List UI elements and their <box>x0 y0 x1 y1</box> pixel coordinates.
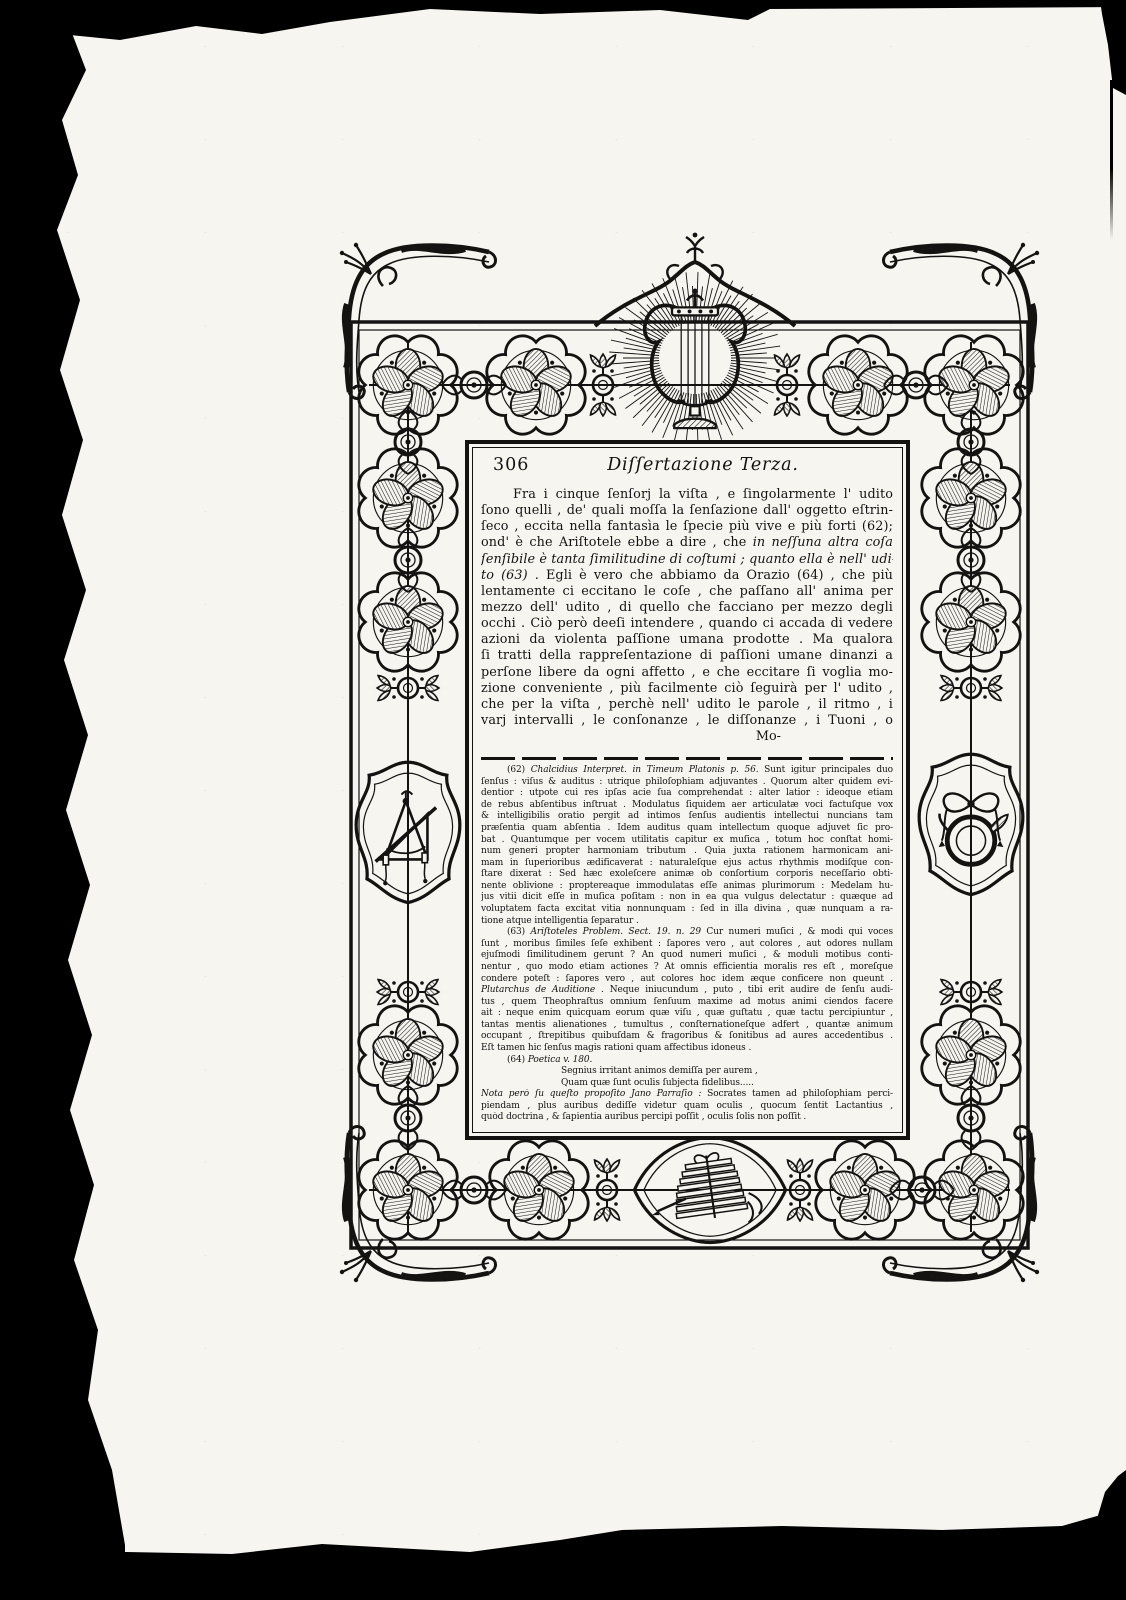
rosette-icon <box>487 336 585 434</box>
scan-edge-bottom <box>0 1508 1126 1600</box>
text-line: de rebus abſentibus inſtruat . Modulatus… <box>481 800 893 812</box>
text-line: ſtare dixerat : Sed hæc exoleſcere animæ… <box>481 869 893 881</box>
rosette-icon <box>809 336 907 434</box>
text-line: Eſt tamen hic ſenſus magis rationi quam … <box>481 1043 893 1055</box>
text-line: bat . Quantumque per vocem utilitatis ca… <box>481 835 893 847</box>
text-line: nente oblivione : proptereaque immodulat… <box>481 881 893 893</box>
text-line: piendam , plus auribus dediſſe videtur q… <box>481 1101 893 1113</box>
text-line: Quam quæ ſunt oculis ſubjecta fidelibus.… <box>481 1078 893 1090</box>
text-line: ſenſus : viſus & auditus : utrique philo… <box>481 777 893 789</box>
scan-edge-left <box>0 0 125 1600</box>
text-line: Segnius irritant animos demiſſa per aure… <box>481 1066 893 1078</box>
text-line: ſono quelli , de' quali moſſa la ſenſazi… <box>481 503 893 519</box>
text-panel-inner: 306 Diſſertazione Terza. Fra i cinque ſe… <box>472 447 903 1133</box>
scan-edge-top <box>0 0 1126 52</box>
rosette-icon <box>925 336 1023 434</box>
lyre-icon <box>645 289 746 429</box>
rosette-icon <box>925 1141 1023 1239</box>
text-line: jus vitii dicit eſſe in muſica poſitam :… <box>481 892 893 904</box>
rosette-icon <box>922 1006 1020 1104</box>
scan-edge-right-line <box>1110 80 1113 240</box>
text-line: nentur , quo modo etiam actiones ? At om… <box>481 962 893 974</box>
text-line: ſenſibile è tanta ſimilitudine di coſtum… <box>481 552 893 568</box>
page-number: 306 <box>481 455 553 475</box>
text-line: Fra i cinque ſenſorj la viſta , e ſingol… <box>481 487 893 503</box>
text-line: Plutarchus de Auditione . Neque iniucund… <box>481 985 893 997</box>
text-line: che per la viſta , perchè nell' udito le… <box>481 697 893 713</box>
text-panel: 306 Diſſertazione Terza. Fra i cinque ſe… <box>465 440 910 1140</box>
text-line: occupant , ſtrepitibus quibuſdam & frago… <box>481 1031 893 1043</box>
text-line: perſone libere da ogni affetto , e che e… <box>481 665 893 681</box>
catchword: Mo- <box>481 729 893 746</box>
text-line: mezzo dell' udito , di quello che faccia… <box>481 600 893 616</box>
text-line: (64) Poetica v. 180. <box>481 1055 893 1067</box>
text-line: varj intervalli , le conſonanze , le diſ… <box>481 713 893 729</box>
footnotes: (62) Chalcidius Interpret. in Timeum Pla… <box>481 765 893 1124</box>
rosette-icon <box>922 449 1020 547</box>
text-line: occhi . Ciò però deeſi intendere , quand… <box>481 616 893 632</box>
text-line: ejuſmodi ſimilitudinem gerunt ? An quod … <box>481 950 893 962</box>
rosette-icon <box>359 573 457 671</box>
text-line: tus , quem Theophraſtus omnium ſenſuum m… <box>481 997 893 1009</box>
text-line: (63) Ariſtoteles Problem. Sect. 19. n. 2… <box>481 927 893 939</box>
rosette-icon <box>490 1141 588 1239</box>
text-line: ond' è che Ariſtotele ebbe a dire , che … <box>481 535 893 551</box>
text-line: & intelligibilis oratio pergit ad intimo… <box>481 811 893 823</box>
text-line: num generi propter harmoniam tributum . … <box>481 846 893 858</box>
rosette-icon <box>816 1141 914 1239</box>
rosette-icon <box>359 449 457 547</box>
text-line: lentamente ci eccitano le coſe , che paſ… <box>481 584 893 600</box>
text-line: zione conveniente , più facilmente ciò ſ… <box>481 681 893 697</box>
text-line: condere poteſt : ſapores vero , aut colo… <box>481 974 893 986</box>
text-line: tantas mentis alienationes , tumultus , … <box>481 1020 893 1032</box>
text-line: ait : neque enim quicquam eorum quæ viſu… <box>481 1008 893 1020</box>
rosette-icon <box>922 573 1020 671</box>
text-line: ſunt , moribus ſimiles ſeſe exhibent : ſ… <box>481 939 893 951</box>
text-line: to (63) . Egli è vero che abbiamo da Ora… <box>481 568 893 584</box>
rosette-icon <box>359 1006 457 1104</box>
text-line: ſeco , eccita nella fantasìa le ſpecie p… <box>481 519 893 535</box>
text-line: dentior : utpote cui res ipſas acie ſua … <box>481 788 893 800</box>
text-line: azioni da violenta paſſione umana prodot… <box>481 632 893 648</box>
text-line: Nota però ſu queſto propoſito Jano Parra… <box>481 1089 893 1101</box>
text-line: tione atque intelligentia ſeparatur . <box>481 916 893 928</box>
text-line: mam in ſuperioribus ædificaverat : natur… <box>481 858 893 870</box>
text-line: ſi tratti della rappreſentazione di paſſ… <box>481 648 893 664</box>
text-line: præſentia quam abſentia . Idem auditus q… <box>481 823 893 835</box>
running-title: Diſſertazione Terza. <box>553 455 853 475</box>
body-text: Fra i cinque ſenſorj la viſta , e ſingol… <box>481 487 893 729</box>
page-header: 306 Diſſertazione Terza. <box>481 455 893 481</box>
text-line: quòd doctrina , & ſapientia auribus perc… <box>481 1112 893 1124</box>
text-line: (62) Chalcidius Interpret. in Timeum Pla… <box>481 765 893 777</box>
scanned-book-page: { "document": { "page_number": "306", "r… <box>0 0 1126 1600</box>
footnote-rule <box>481 757 893 760</box>
text-line: voluptatem facta excitat vitia nonnunqua… <box>481 904 893 916</box>
